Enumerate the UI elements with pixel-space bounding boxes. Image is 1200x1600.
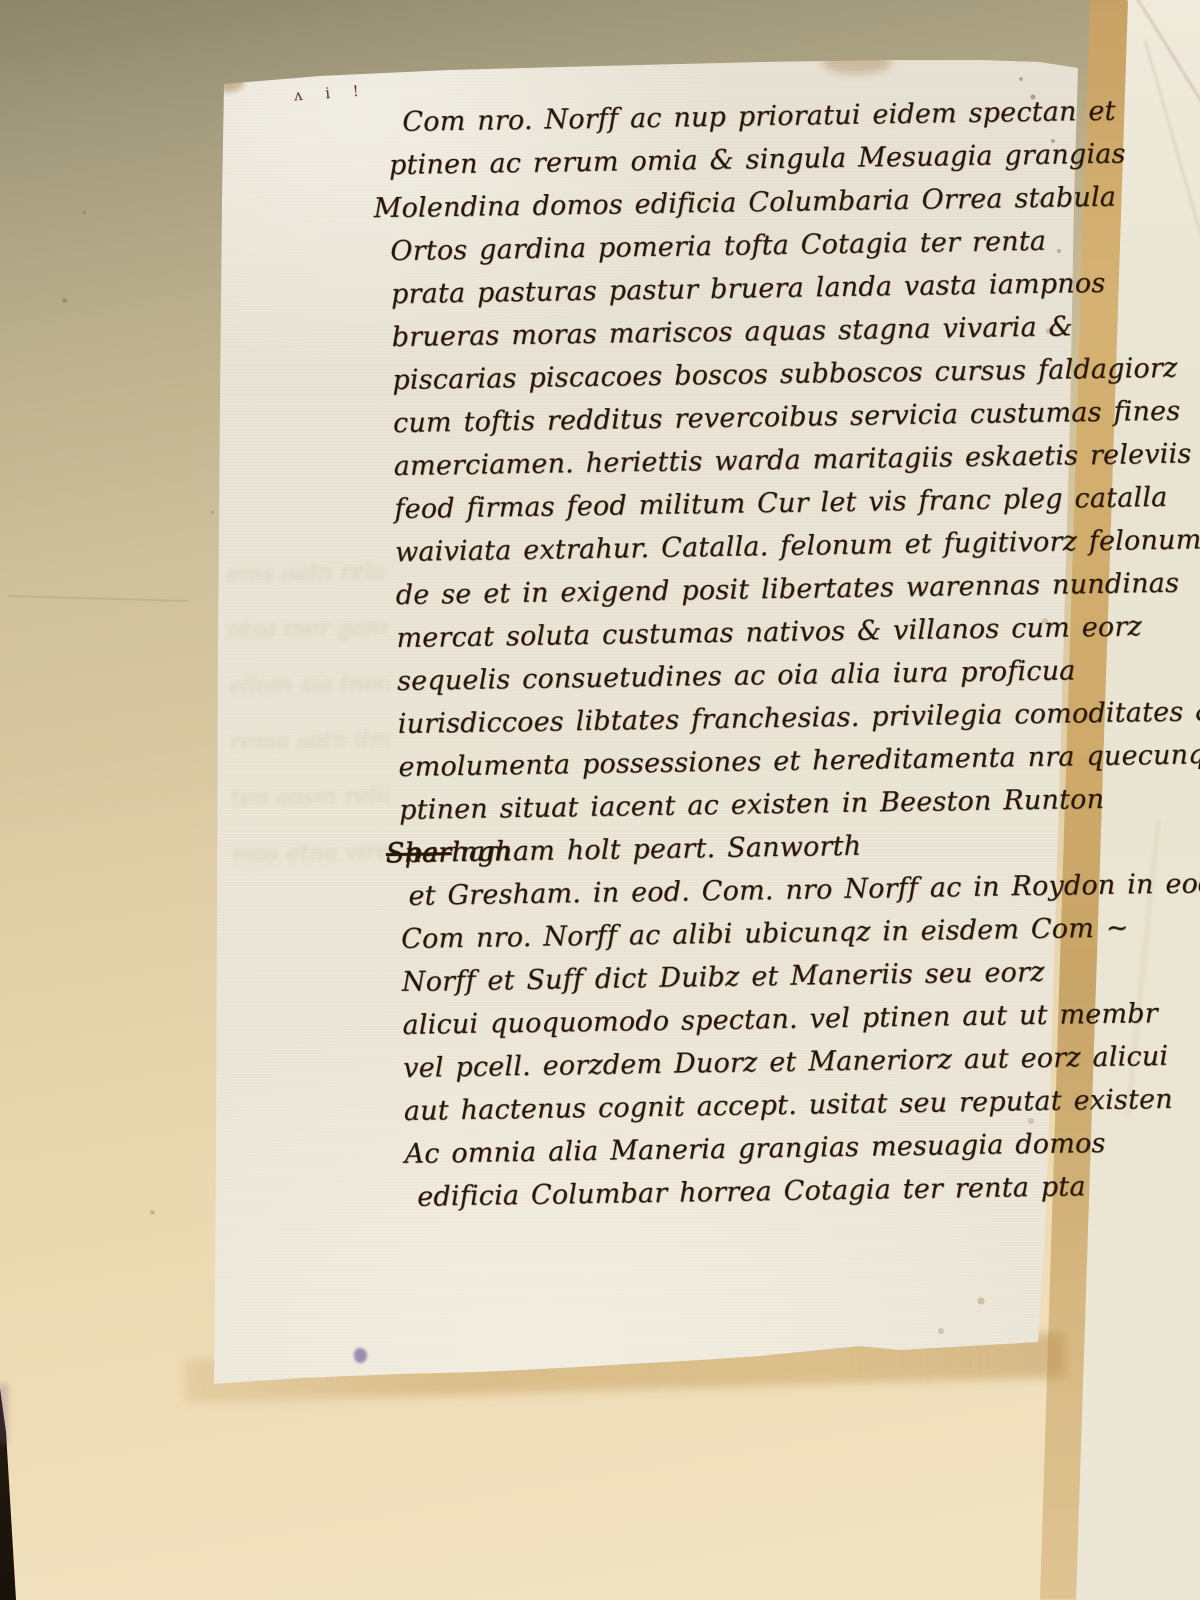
board-edge-highlight <box>0 1384 8 1444</box>
show-through-line: mos etna virel <box>231 824 392 883</box>
manuscript-text: Com nro. Norff ac nup prioratui eidem sp… <box>388 90 1119 1219</box>
line-text: Sparham <box>385 830 511 875</box>
corner-stain <box>210 72 244 92</box>
manuscript-photo: ems oatn relomotsa mer ganreellom sia tn… <box>0 0 1200 1600</box>
show-through-line: ten aosm relli <box>230 768 391 827</box>
show-through-line: rema sotn ilme <box>229 712 390 771</box>
purple-smudge <box>354 1348 367 1363</box>
show-through-line: ems oatn relom <box>226 544 387 603</box>
backing-dirt-specks <box>0 0 1 1</box>
show-through-line: ellom sia tned <box>228 656 389 715</box>
show-through-line: otsa mer ganre <box>227 600 388 659</box>
backing-scratch-mark <box>8 595 188 601</box>
top-edge-stain <box>822 52 892 74</box>
verso-show-through: ems oatn relomotsa mer ganreellom sia tn… <box>226 544 397 1197</box>
